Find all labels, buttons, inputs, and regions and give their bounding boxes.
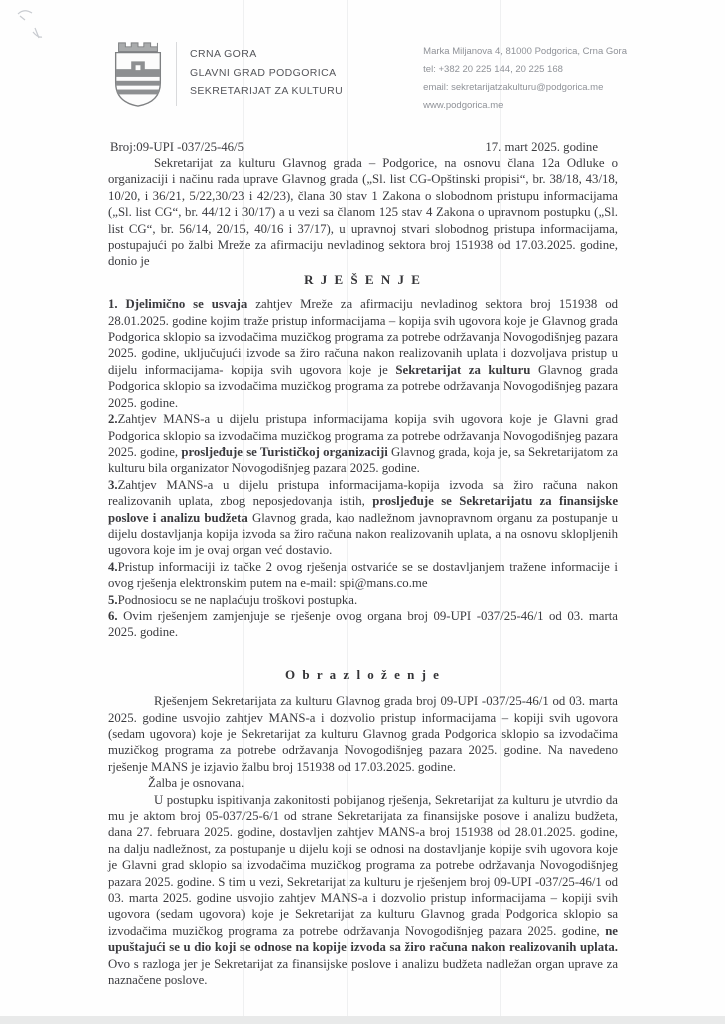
ruling-paragraph-4: 4.Pristup informaciji iz tačke 2 ovog rj… xyxy=(108,559,618,592)
contact-email: email: sekretarijatzakulturu@podgorica.m… xyxy=(423,79,627,97)
document-date: 17. mart 2025. godine xyxy=(485,140,598,155)
ruling-paragraph-1: 1. Djelimično se usvaja zahtjev Mreže za… xyxy=(108,296,618,411)
explanation-heading: O b r a z l o ž e n j e xyxy=(108,667,618,683)
ruling-paragraph-5: 5.Podnosiocu se ne naplaćuju troškovi po… xyxy=(108,592,618,608)
contact-phone: tel: +382 20 225 144, 20 225 168 xyxy=(423,61,627,79)
pen-scratch-artifact xyxy=(8,4,68,59)
scan-fold-line xyxy=(347,0,348,1024)
scan-edge-strip xyxy=(0,1016,725,1024)
document-number: Broj:09-UPI -037/25-46/5 xyxy=(110,140,244,155)
org-country: CRNA GORA xyxy=(190,45,343,64)
document-body: Sekretarijat za kulturu Glavnog grada – … xyxy=(108,155,618,989)
intro-paragraph: Sekretarijat za kulturu Glavnog grada – … xyxy=(108,155,618,270)
scan-fold-line xyxy=(500,0,501,1024)
document-meta-row: Broj:09-UPI -037/25-46/5 17. mart 2025. … xyxy=(110,140,618,155)
org-city: GLAVNI GRAD PODGORICA xyxy=(190,64,343,83)
explanation-paragraph-1: Rješenjem Sekretarijata za kulturu Glavn… xyxy=(108,693,618,775)
header-divider xyxy=(176,42,177,106)
letterhead: CRNA GORA GLAVNI GRAD PODGORICA SEKRETAR… xyxy=(112,40,627,115)
explanation-paragraph-3: U postupku ispitivanja zakonitosti pobij… xyxy=(108,792,618,989)
ruling-paragraph-6: 6. Ovim rješenjem zamjenjuje se rješenje… xyxy=(108,608,618,641)
ruling-paragraph-3: 3.Zahtjev MANS-a u dijelu pristupa infor… xyxy=(108,477,618,559)
contact-address: Marka Miljanova 4, 81000 Podgorica, Crna… xyxy=(423,43,627,61)
scan-fold-line xyxy=(243,0,244,1024)
organization-block: CRNA GORA GLAVNI GRAD PODGORICA SEKRETAR… xyxy=(190,40,343,101)
scanned-document-page: CRNA GORA GLAVNI GRAD PODGORICA SEKRETAR… xyxy=(0,0,725,1024)
contact-website: www.podgorica.me xyxy=(423,97,627,115)
ruling-heading: R J E Š E N J E xyxy=(108,272,618,288)
org-department: SEKRETARIJAT ZA KULTURU xyxy=(190,82,343,101)
coat-of-arms-icon xyxy=(112,40,164,108)
explanation-paragraph-2: Žalba je osnovana. xyxy=(108,775,618,791)
contact-block: Marka Miljanova 4, 81000 Podgorica, Crna… xyxy=(423,40,627,115)
ruling-paragraph-2: 2.Zahtjev MANS-a u dijelu pristupa infor… xyxy=(108,411,618,477)
